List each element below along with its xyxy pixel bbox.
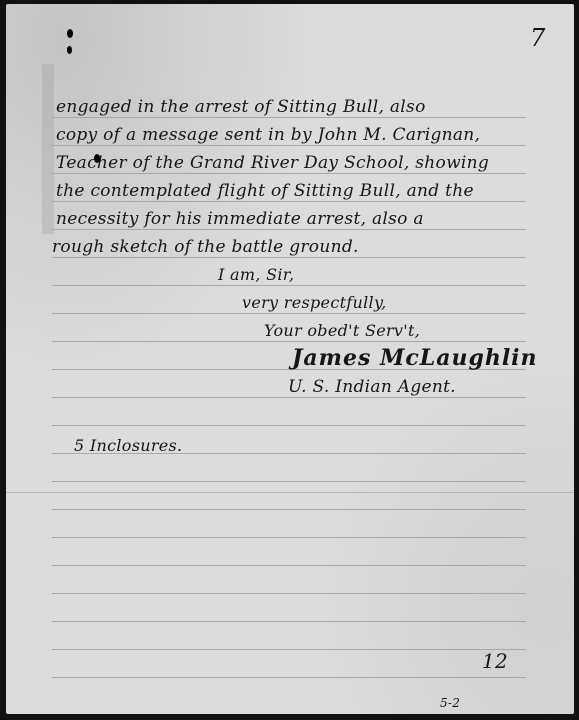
ruled-line bbox=[52, 257, 526, 258]
ruled-line bbox=[52, 397, 526, 398]
ruled-line bbox=[52, 509, 526, 510]
ruled-line bbox=[52, 117, 526, 118]
letter-page: 7 engaged in the arrest of Sitting Bull,… bbox=[6, 4, 574, 714]
page-number-bottom: 12 bbox=[482, 649, 508, 673]
body-line-6: rough sketch of the battle ground. bbox=[52, 237, 359, 257]
signature: James McLaughlin bbox=[292, 345, 538, 371]
archival-mark: 5-2 bbox=[440, 696, 460, 710]
closing-line-3: Your obed't Serv't, bbox=[264, 321, 420, 340]
ruled-line bbox=[52, 145, 526, 146]
body-line-1: engaged in the arrest of Sitting Bull, a… bbox=[56, 97, 426, 117]
ruled-line bbox=[52, 677, 526, 678]
ruled-line bbox=[52, 649, 526, 650]
paper-fold bbox=[6, 492, 574, 493]
body-line-2: copy of a message sent in by John M. Car… bbox=[56, 125, 480, 145]
signature-title: U. S. Indian Agent. bbox=[288, 377, 456, 397]
page-number-top: 7 bbox=[530, 24, 546, 52]
enclosures-note: 5 Inclosures. bbox=[74, 436, 182, 455]
body-line-4: the contemplated flight of Sitting Bull,… bbox=[56, 181, 474, 201]
ruled-line bbox=[52, 229, 526, 230]
ruled-line bbox=[52, 201, 526, 202]
ruled-line bbox=[52, 593, 526, 594]
ruled-line bbox=[52, 341, 526, 342]
ruled-line bbox=[52, 285, 526, 286]
ruled-line bbox=[52, 313, 526, 314]
ruled-line bbox=[52, 621, 526, 622]
ruled-line bbox=[52, 425, 526, 426]
ruled-line bbox=[52, 565, 526, 566]
faded-margin-stamp bbox=[42, 64, 54, 234]
closing-line-1: I am, Sir, bbox=[218, 265, 294, 284]
ink-spot bbox=[67, 29, 73, 38]
ruled-line bbox=[52, 173, 526, 174]
ruled-line bbox=[52, 537, 526, 538]
ink-spot bbox=[67, 46, 72, 54]
closing-line-2: very respectfully, bbox=[242, 293, 387, 312]
body-line-5: necessity for his immediate arrest, also… bbox=[56, 209, 424, 229]
ruled-line bbox=[52, 481, 526, 482]
body-line-3: Teacher of the Grand River Day School, s… bbox=[56, 153, 489, 173]
